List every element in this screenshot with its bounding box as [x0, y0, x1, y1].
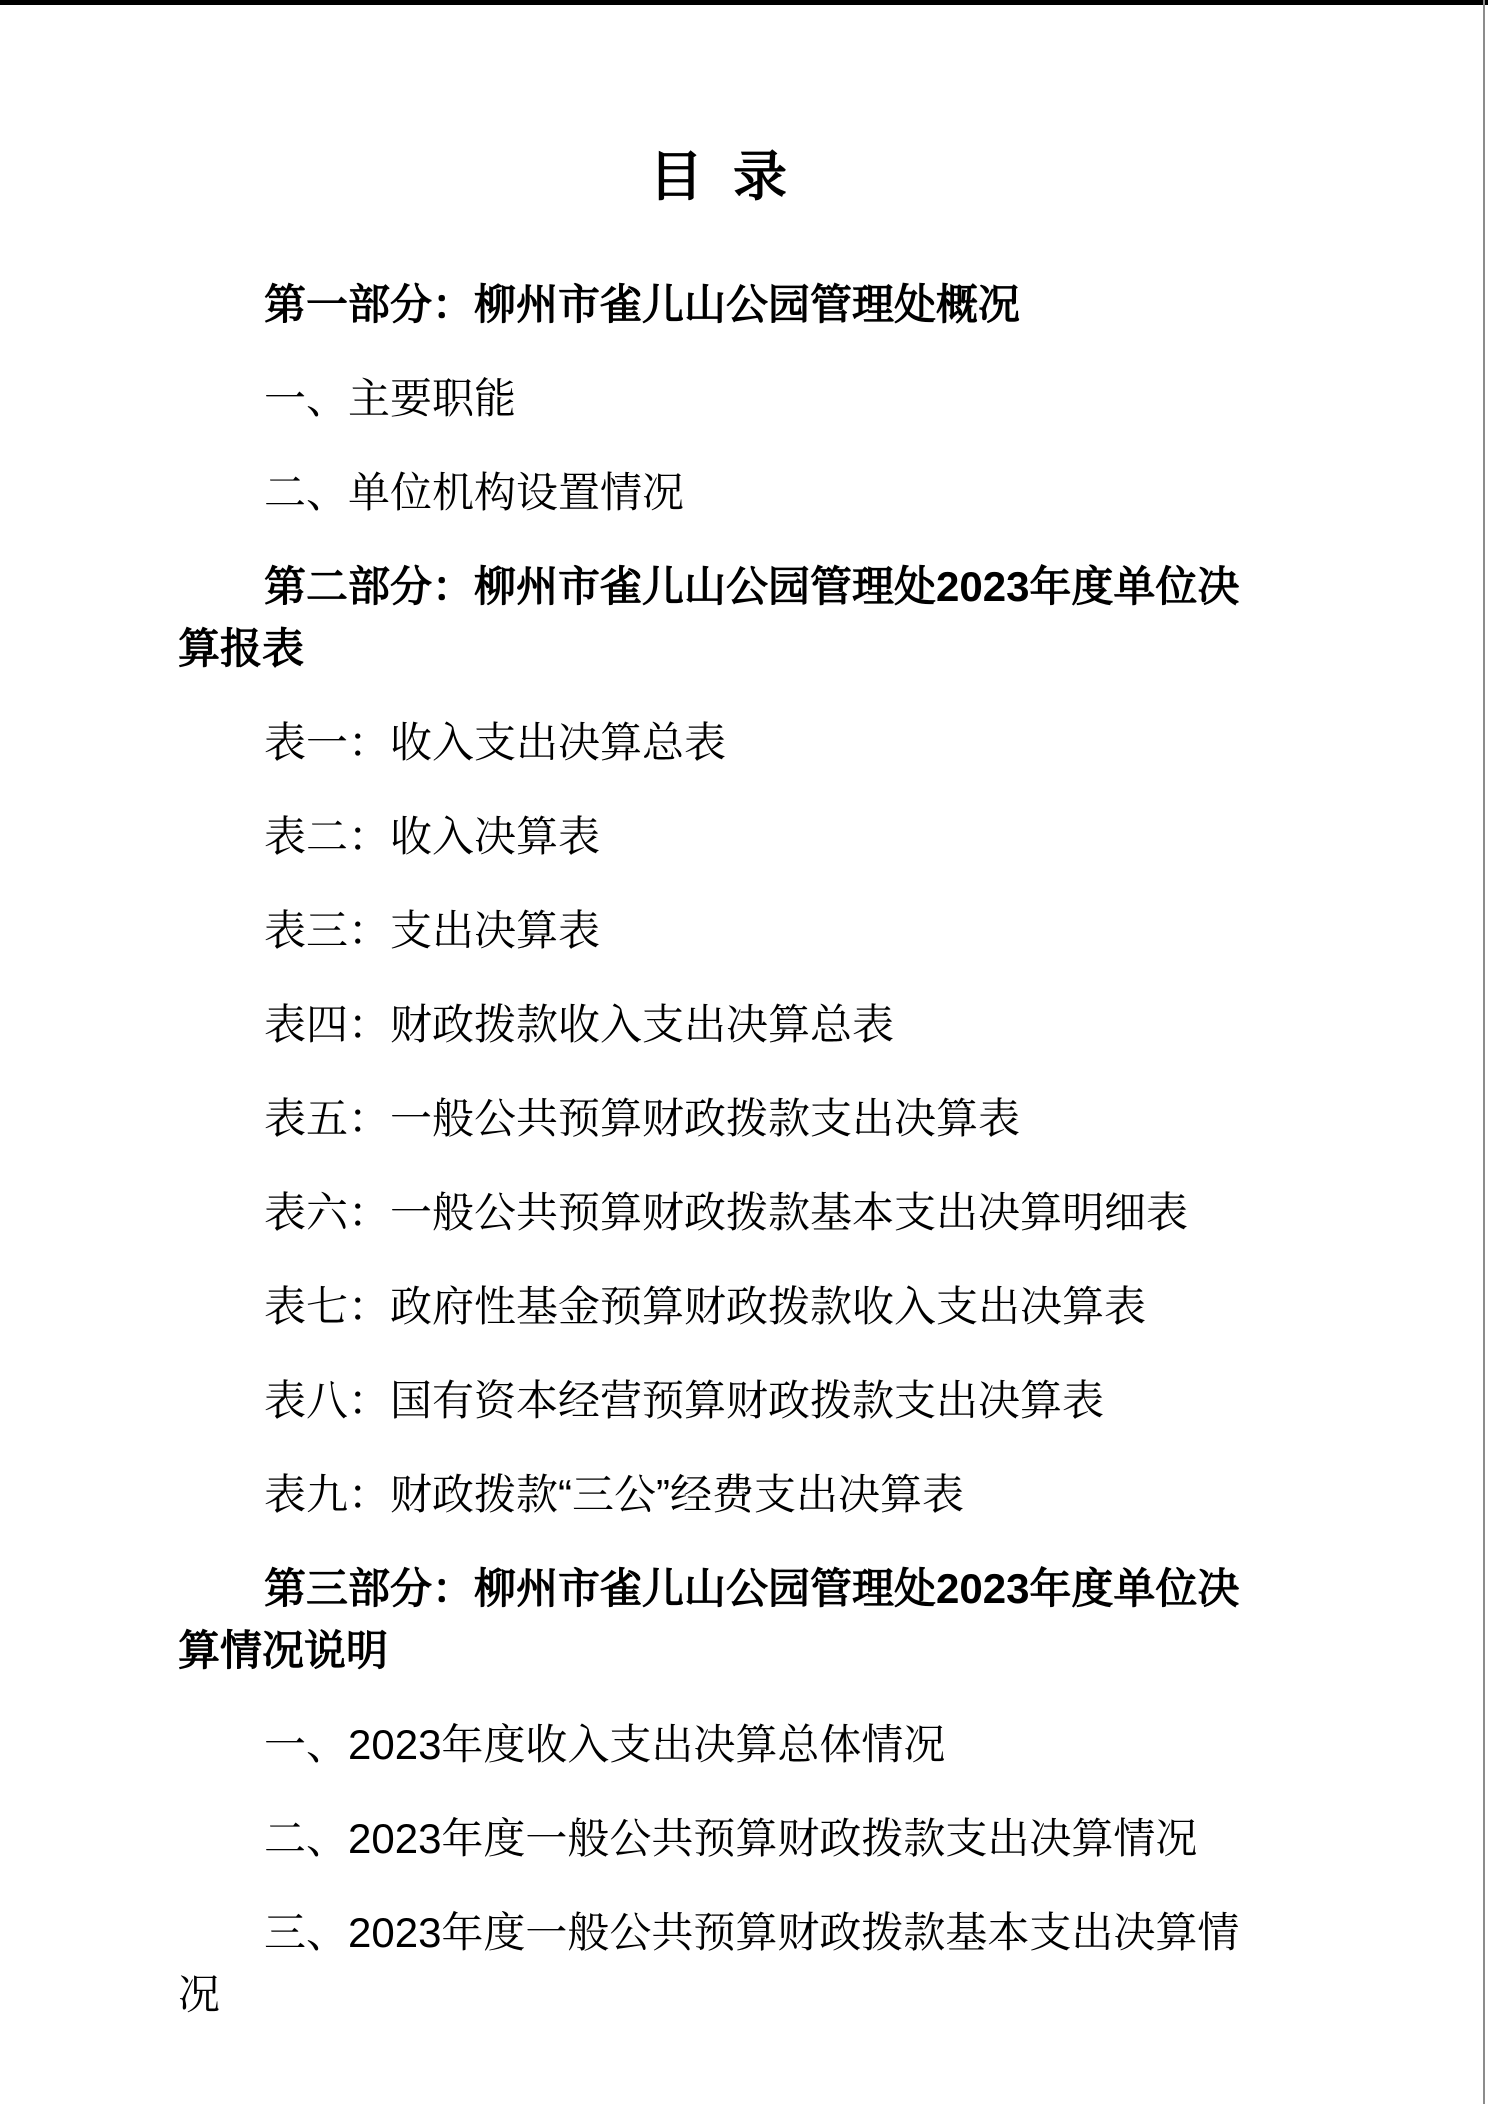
document-page: 目 录 第一部分：柳州市雀儿山公园管理处概况 一、主要职能 二、单位机构设置情况…: [0, 0, 1488, 2104]
toc-item-table-9: 表九：财政拨款“三公”经费支出决算表: [178, 1464, 1258, 1526]
section-2-heading: 第二部分：柳州市雀儿山公园管理处2023年度单位决算报表: [178, 556, 1258, 680]
page-right-edge-line: [1483, 0, 1485, 2104]
toc-item-table-8: 表八：国有资本经营预算财政拨款支出决算表: [178, 1370, 1258, 1432]
toc-item-main-functions: 一、主要职能: [178, 368, 1258, 430]
toc-item-table-4: 表四：财政拨款收入支出决算总表: [178, 994, 1258, 1056]
toc-item-table-7: 表七：政府性基金预算财政拨款收入支出决算表: [178, 1276, 1258, 1338]
toc-item-table-3: 表三：支出决算表: [178, 900, 1258, 962]
toc-item-overall-status: 一、2023年度收入支出决算总体情况: [178, 1714, 1258, 1776]
toc-item-table-6: 表六：一般公共预算财政拨款基本支出决算明细表: [178, 1182, 1258, 1244]
toc-item-org-structure: 二、单位机构设置情况: [178, 462, 1258, 524]
section-1-heading: 第一部分：柳州市雀儿山公园管理处概况: [178, 274, 1258, 336]
toc-item-basic-expense: 三、2023年度一般公共预算财政拨款基本支出决算情况: [178, 1902, 1258, 2026]
toc-title: 目 录: [178, 142, 1258, 212]
toc-item-table-1: 表一：收入支出决算总表: [178, 712, 1258, 774]
toc-item-table-2: 表二：收入决算表: [178, 806, 1258, 868]
section-3-heading: 第三部分：柳州市雀儿山公园管理处2023年度单位决算情况说明: [178, 1558, 1258, 1682]
toc-item-table-5: 表五：一般公共预算财政拨款支出决算表: [178, 1088, 1258, 1150]
toc-item-general-budget-expense: 二、2023年度一般公共预算财政拨款支出决算情况: [178, 1808, 1258, 1870]
toc-content: 目 录 第一部分：柳州市雀儿山公园管理处概况 一、主要职能 二、单位机构设置情况…: [178, 0, 1258, 2058]
